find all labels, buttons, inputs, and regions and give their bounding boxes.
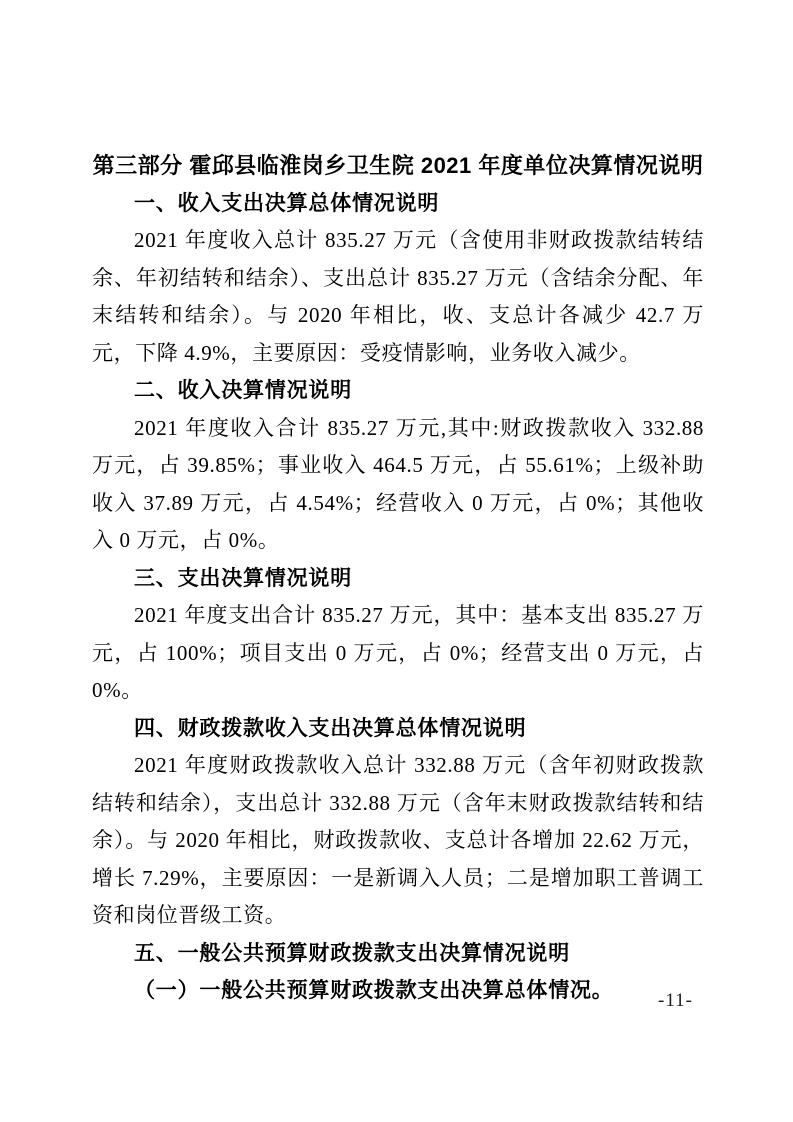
section-4-heading: 四、财政拨款收入支出决算总体情况说明 xyxy=(92,710,704,748)
section-1-paragraph: 2021 年度收入总计 835.27 万元（含使用非财政拨款结转结余、年初结转和… xyxy=(92,222,704,372)
section-5-heading: 五、一般公共预算财政拨款支出决算情况说明 xyxy=(92,935,704,973)
section-public-budget-expenditure: 五、一般公共预算财政拨款支出决算情况说明 （一）一般公共预算财政拨款支出决算总体… xyxy=(92,935,704,1010)
section-4-paragraph: 2021 年度财政拨款收入总计 332.88 万元（含年初财政拨款结转和结余），… xyxy=(92,747,704,935)
section-2-heading: 二、收入决算情况说明 xyxy=(92,372,704,410)
section-3-heading: 三、支出决算情况说明 xyxy=(92,560,704,598)
document-page: 第三部分 霍邱县临淮岗乡卫生院 2021 年度单位决算情况说明 一、收入支出决算… xyxy=(92,147,704,1010)
section-fiscal-appropriation-overview: 四、财政拨款收入支出决算总体情况说明 2021 年度财政拨款收入总计 332.8… xyxy=(92,710,704,935)
document-title: 第三部分 霍邱县临淮岗乡卫生院 2021 年度单位决算情况说明 xyxy=(92,147,704,185)
section-income-details: 二、收入决算情况说明 2021 年度收入合计 835.27 万元,其中:财政拨款… xyxy=(92,372,704,560)
section-2-paragraph: 2021 年度收入合计 835.27 万元,其中:财政拨款收入 332.88 万… xyxy=(92,410,704,560)
section-expenditure-details: 三、支出决算情况说明 2021 年度支出合计 835.27 万元，其中：基本支出… xyxy=(92,560,704,710)
page-number: -11- xyxy=(658,990,693,1012)
section-3-paragraph: 2021 年度支出合计 835.27 万元，其中：基本支出 835.27 万元，… xyxy=(92,597,704,710)
section-5-subheading: （一）一般公共预算财政拨款支出决算总体情况。 xyxy=(92,972,704,1010)
section-income-expenditure-overview: 一、收入支出决算总体情况说明 2021 年度收入总计 835.27 万元（含使用… xyxy=(92,185,704,373)
section-1-heading: 一、收入支出决算总体情况说明 xyxy=(92,185,704,223)
